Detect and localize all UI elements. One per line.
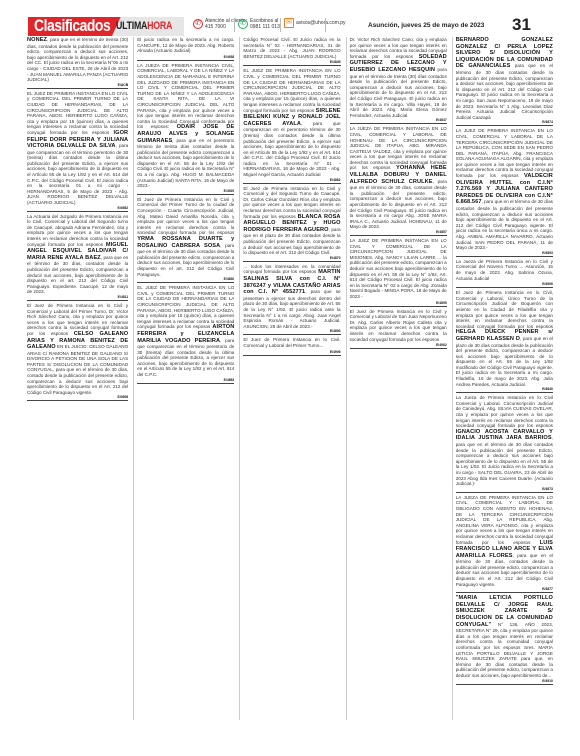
notice-code: E/4906 <box>456 282 553 286</box>
legal-notice: LA JUEZA DE PRIMERA INSTANCIA EN LO CIVI… <box>350 126 447 236</box>
notice-code: E/4840 <box>456 387 553 391</box>
notice-code: E/4895 <box>350 301 447 305</box>
contact-email: ✉ avisos@uhora.com.py <box>284 18 346 28</box>
party-names: ÑONEZ <box>27 37 47 43</box>
notice-code: E/4910 <box>456 679 553 683</box>
notice-code: E/4920 <box>137 189 234 193</box>
contact-whatsapp: ✆ Escribinos al0981 111 013 <box>238 18 280 30</box>
notice-text: EL JUEZ DE PRIMERA INSTANCIA EN LO CIVIL… <box>243 68 340 112</box>
page-number: 31 <box>512 15 531 35</box>
phone-icon: ✆ <box>193 19 203 29</box>
notice-text: La Jueza de Primera Instancia en lo Civi… <box>456 395 553 428</box>
divider <box>280 18 281 32</box>
notice-text: LA JUEZ DE PRIMERA INSTANCIA EN LO CIVIL… <box>350 238 447 299</box>
legal-notice: El Juez de Primera Instancia en lo Civil… <box>243 337 340 355</box>
notice-code: E/4857 <box>350 230 447 234</box>
legal-notice: El juicio radica en la secretaría a mi c… <box>137 37 234 61</box>
notice-text: El juicio radica en la secretaría a mi c… <box>137 37 234 53</box>
classifieds-columns: ÑONEZ, para que en el término de treinta… <box>27 37 553 720</box>
notice-code: E/4938 <box>137 55 234 59</box>
notice-text: LA JUEZ DE PRIMERA INSTANCIA EN LO CIVIL… <box>456 128 553 178</box>
legal-notice: Dr. Victor Rich Sánchez Cano, cita y emp… <box>350 37 447 124</box>
legal-notice: El Juez de Primera Instancia en lo Civil… <box>243 186 340 262</box>
notice-text: LA JUEZA DE PRIMERA INSTANCIA CIVIL, COM… <box>137 63 234 130</box>
notice-text: , para que se presenten a ejercer sus de… <box>243 289 340 329</box>
legal-notice: El Juez de Primera Instancia en lo Civil… <box>27 303 128 402</box>
legal-notice: ÑONEZ, para que en el término de treinta… <box>27 37 128 89</box>
legal-notice: LA JUEZA DE PRIMERA INSTANCIA CIVIL, COM… <box>137 63 234 195</box>
legal-notice: LA JUEZ DE PRIMERA INSTANCIA EN LO CIVIL… <box>350 238 447 307</box>
legal-notice: El Juez de Primera Instancia en lo Civil… <box>137 197 234 283</box>
notice-text: , para que en el perentorio término de t… <box>137 138 234 189</box>
legal-notice: La Actuaria del Juzgado de Primera Insta… <box>27 214 128 301</box>
legal-notice: La Jueza de Primera Instancia en lo Civi… <box>456 259 553 288</box>
legal-notice: El Juez de Primera Instancia en lo Civil… <box>350 309 447 350</box>
notice-text: EL JUEZ DE PRIMERA INSTANCIA EN LO CIVIL… <box>137 285 234 329</box>
notice-text: EN EL JUICIO: CELSO GALEANO ARIAS C/ RAM… <box>27 344 128 395</box>
party-names: IGNACIO ACOSTA CARVALLO Y IDALIA JUSTINA… <box>456 429 553 442</box>
notice-text: , para que comparezcan en el perentorio … <box>243 121 340 177</box>
section-title: Clasificados <box>34 16 110 36</box>
notice-text: , para que en el término de 30 días cont… <box>456 435 553 486</box>
legal-notice: BERNARDO GONZALEZ GONZALEZ C/ PERLA LOPE… <box>456 37 553 126</box>
whatsapp-icon: ✆ <box>238 19 248 29</box>
mail-icon: ✉ <box>284 18 294 28</box>
legal-notice: EL JUEZ DE PRIMERA INSTANCIA EN LO CIVIL… <box>137 285 234 384</box>
notice-code: E/4893 <box>456 251 553 255</box>
notice-text: El Juez de Primera Instancia en lo Civil… <box>243 337 340 348</box>
legal-notice: El Juez de Primera Instancia en lo Civil… <box>456 290 553 393</box>
notice-text: LA JUEZA DE PRIMERA INSTANCIA EN LO CIVI… <box>350 126 447 170</box>
notice-text: para que en el término de 30 días contad… <box>456 63 553 119</box>
notice-code: E/4874 <box>456 120 553 124</box>
notice-text: La Jueza de Primera Instancia en lo Civi… <box>456 259 553 281</box>
notice-text: , para que en el término de treinta (30)… <box>27 37 128 82</box>
notice-code: E/4873 <box>456 487 553 491</box>
legal-notice: LA JUEZ DE PRIMERA INSTANCIA EN LO CIVIL… <box>456 128 553 256</box>
notice-code: E/4883 <box>137 378 234 382</box>
legal-notice: EL JUEZ DE PRIMERA INSTANCIA EN LO CIVIL… <box>243 68 340 183</box>
notice-code: E/4982 <box>27 206 128 210</box>
notice-code: E/4908 <box>27 395 128 399</box>
notice-text: , para que en el término de 30 días, con… <box>350 179 447 230</box>
notice-text: , para que en el término de 30 días cont… <box>456 199 553 250</box>
notice-code: E/4877 <box>456 587 553 591</box>
notice-text: , para que comparezcan en el término per… <box>137 338 234 378</box>
page-header: Clasificados ULTIMAHORA ✆ Atención al cl… <box>0 0 580 36</box>
legal-notice: Código Procesal Civil. El Juicio radica … <box>243 37 340 66</box>
notice-code: E/4847 <box>350 118 447 122</box>
legal-notice: LA JUEZA DE PRIMERA INSTANCIA EN LO CIVI… <box>456 495 553 594</box>
legal-notice: EL JUEZ DE PRIMERA INSTANCIA EN LO CIVIL… <box>27 91 128 212</box>
issue-date: Asunción, jueves 25 de mayo de 2023 <box>368 22 484 29</box>
notice-code: E/4811 <box>27 295 128 299</box>
legal-notice: "MARIA LETICIA PORTILLO DELVALLE C/ JORG… <box>456 595 553 684</box>
notice-text: , para que comparezcan en el término per… <box>27 143 128 205</box>
notice-text: , para que en el plazo de 30 días contad… <box>456 336 553 387</box>
column-5: BERNARDO GONZALEZ GONZALEZ C/ PERLA LOPE… <box>452 37 553 720</box>
section-banner: Clasificados <box>28 17 128 36</box>
legal-notice: La Jueza de Primera Instancia en lo Civi… <box>456 395 553 493</box>
column-3: Código Procesal Civil. El Juicio radica … <box>239 37 340 720</box>
notice-code: E/4893 <box>243 329 340 333</box>
notice-text: EL JUEZ DE PRIMERA INSTANCIA EN LO CIVIL… <box>27 91 128 135</box>
notice-text: N° 136, AÑO 2023, SECRETARIA N° 29, cita… <box>456 622 553 678</box>
notice-text: LA JUEZA DE PRIMERA INSTANCIA EN LO CIVI… <box>456 495 553 545</box>
notice-code: E/4870 <box>243 256 340 260</box>
notice-code: E/4845 <box>243 60 340 64</box>
notice-code: E/4906 <box>243 350 340 354</box>
notice-text: para que en el término de treinta (30) d… <box>350 67 447 118</box>
notice-code: E/4830 <box>137 277 234 281</box>
ultimahora-logo: ULTIMAHORA <box>116 20 172 32</box>
notice-text: El Juez de Primera Instancia en lo Civil… <box>350 309 447 342</box>
divider <box>325 18 326 32</box>
notice-text: Código Procesal Civil. El Juicio radica … <box>243 37 340 59</box>
column-1: ÑONEZ, para que en el término de treinta… <box>27 37 128 720</box>
notice-code: E/4902 <box>350 343 447 347</box>
column-2: El juicio radica en la secretaría a mi c… <box>133 37 234 720</box>
divider <box>234 18 235 32</box>
notice-code: E/ACB <box>27 83 128 87</box>
notice-text: El Juez de Primera Instancia en lo Civil… <box>456 290 553 329</box>
legal-notice: ... todos los interesados en la comunida… <box>243 264 340 336</box>
notice-code: E/4862 <box>243 178 340 182</box>
notice-text: El Juez de Primera Instancia en lo Civil… <box>137 197 234 236</box>
column-4: Dr. Victor Rich Sánchez Cano, cita y emp… <box>346 37 447 720</box>
notice-text: , para que en el término de 30 días, con… <box>27 255 128 295</box>
